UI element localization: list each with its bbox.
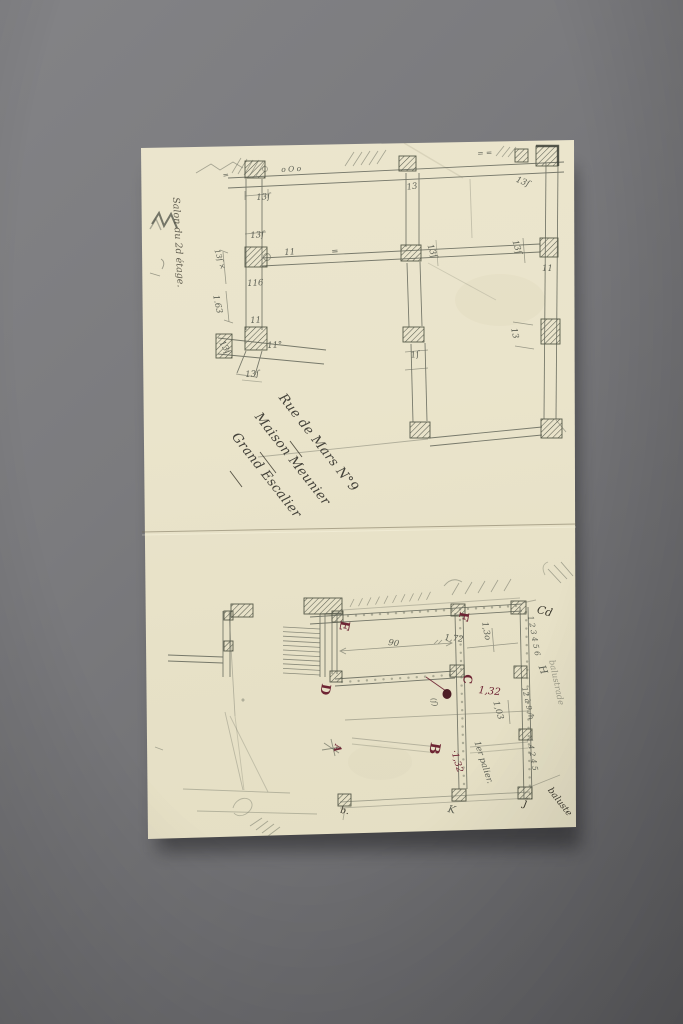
drawing-sheet bbox=[0, 0, 683, 1024]
photograph-of-drawing: 13ſ 13 13ſ 13ſ 13ſ × 116 1.63 11 13ſ 11°… bbox=[0, 0, 683, 1024]
